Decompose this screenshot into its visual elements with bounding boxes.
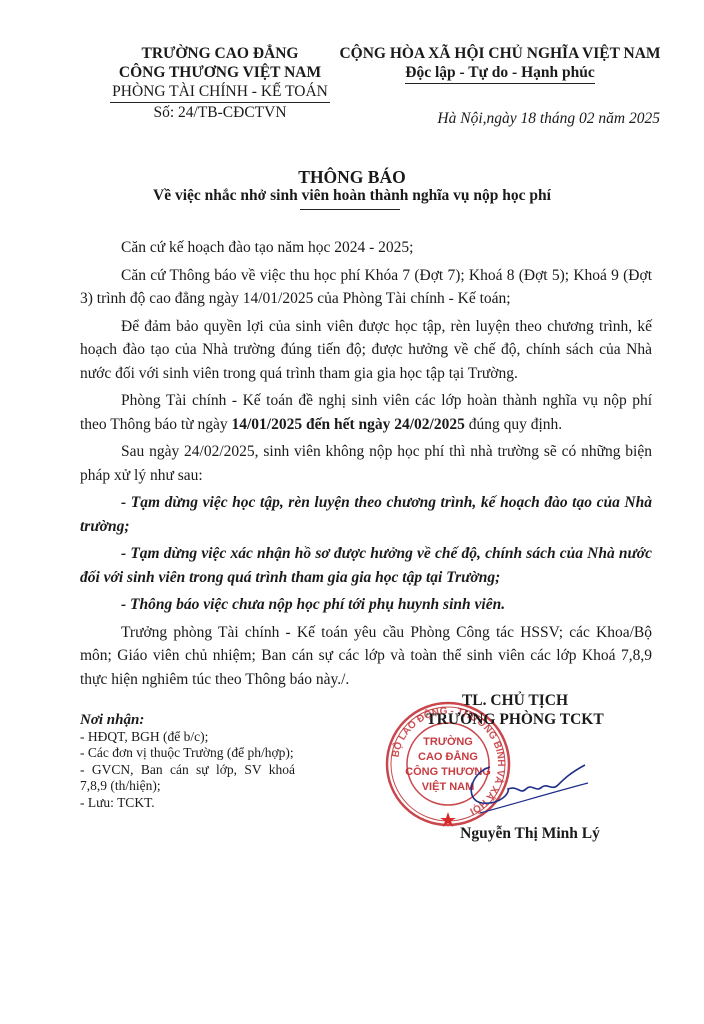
measure-2: - Tạm dừng việc xác nhận hồ sơ được hưởn… bbox=[80, 542, 652, 589]
document-title: THÔNG BÁO bbox=[0, 167, 704, 188]
document-date: Hà Nội,ngày 18 tháng 02 năm 2025 bbox=[400, 110, 660, 128]
svg-text:TRƯỜNG: TRƯỜNG bbox=[423, 735, 473, 748]
recipient-item: - HĐQT, BGH (để b/c); bbox=[80, 729, 295, 746]
subtitle-underline bbox=[300, 209, 400, 210]
document-subtitle: Về việc nhắc nhở sinh viên hoàn thành ng… bbox=[0, 187, 704, 205]
signatory-authority: TL. CHỦ TỊCH bbox=[400, 691, 630, 710]
document-number: Số: 24/TB-CĐCTVN bbox=[75, 103, 365, 122]
signatory-name: Nguyễn Thị Minh Lý bbox=[420, 825, 640, 843]
issuer-header: TRƯỜNG CAO ĐẲNG CÔNG THƯƠNG VIỆT NAM PHÒ… bbox=[75, 44, 365, 122]
handwritten-signature-icon bbox=[460, 755, 590, 815]
recipients-heading: Nơi nhận: bbox=[80, 712, 295, 729]
signatory-title: TRƯỞNG PHÒNG TCKT bbox=[400, 710, 630, 729]
document-body: Căn cứ kế hoạch đào tạo năm học 2024 - 2… bbox=[80, 236, 652, 695]
country-name: CỘNG HÒA XÃ HỘI CHỦ NGHĨA VIỆT NAM bbox=[335, 44, 665, 63]
paragraph-basis-notice: Căn cứ Thông báo về việc thu học phí Khó… bbox=[80, 264, 652, 311]
recipient-item: - Các đơn vị thuộc Trường (để ph/hợp); bbox=[80, 745, 295, 762]
department-name: PHÒNG TÀI CHÍNH - KẾ TOÁN bbox=[110, 82, 330, 103]
recipients-block: Nơi nhận: - HĐQT, BGH (để b/c); - Các đơ… bbox=[80, 712, 295, 811]
recipient-item: - GVCN, Ban cán sự lớp, SV khoá 7,8,9 (t… bbox=[80, 762, 295, 795]
school-name-line1: TRƯỜNG CAO ĐẲNG bbox=[75, 44, 365, 63]
paragraph-request: Phòng Tài chính - Kế toán đề nghị sinh v… bbox=[80, 389, 652, 436]
paragraph-directive: Trưởng phòng Tài chính - Kế toán yêu cầu… bbox=[80, 621, 652, 692]
national-motto: Độc lập - Tự do - Hạnh phúc bbox=[405, 63, 594, 84]
measure-3: - Thông báo việc chưa nộp học phí tới ph… bbox=[80, 593, 652, 617]
paragraph-basis-plan: Căn cứ kế hoạch đào tạo năm học 2024 - 2… bbox=[80, 236, 652, 260]
deadline-range: 14/01/2025 đến hết ngày 24/02/2025 bbox=[231, 416, 464, 433]
recipient-item: - Lưu: TCKT. bbox=[80, 795, 295, 812]
paragraph-purpose: Để đảm bảo quyền lợi của sinh viên được … bbox=[80, 315, 652, 386]
national-header: CỘNG HÒA XÃ HỘI CHỦ NGHĨA VIỆT NAM Độc l… bbox=[335, 44, 665, 84]
measure-1: - Tạm dừng việc học tập, rèn luyện theo … bbox=[80, 491, 652, 538]
school-name-line2: CÔNG THƯƠNG VIỆT NAM bbox=[75, 63, 365, 82]
paragraph-consequence: Sau ngày 24/02/2025, sinh viên không nộp… bbox=[80, 440, 652, 487]
signatory-block: TL. CHỦ TỊCH TRƯỞNG PHÒNG TCKT bbox=[400, 691, 630, 729]
